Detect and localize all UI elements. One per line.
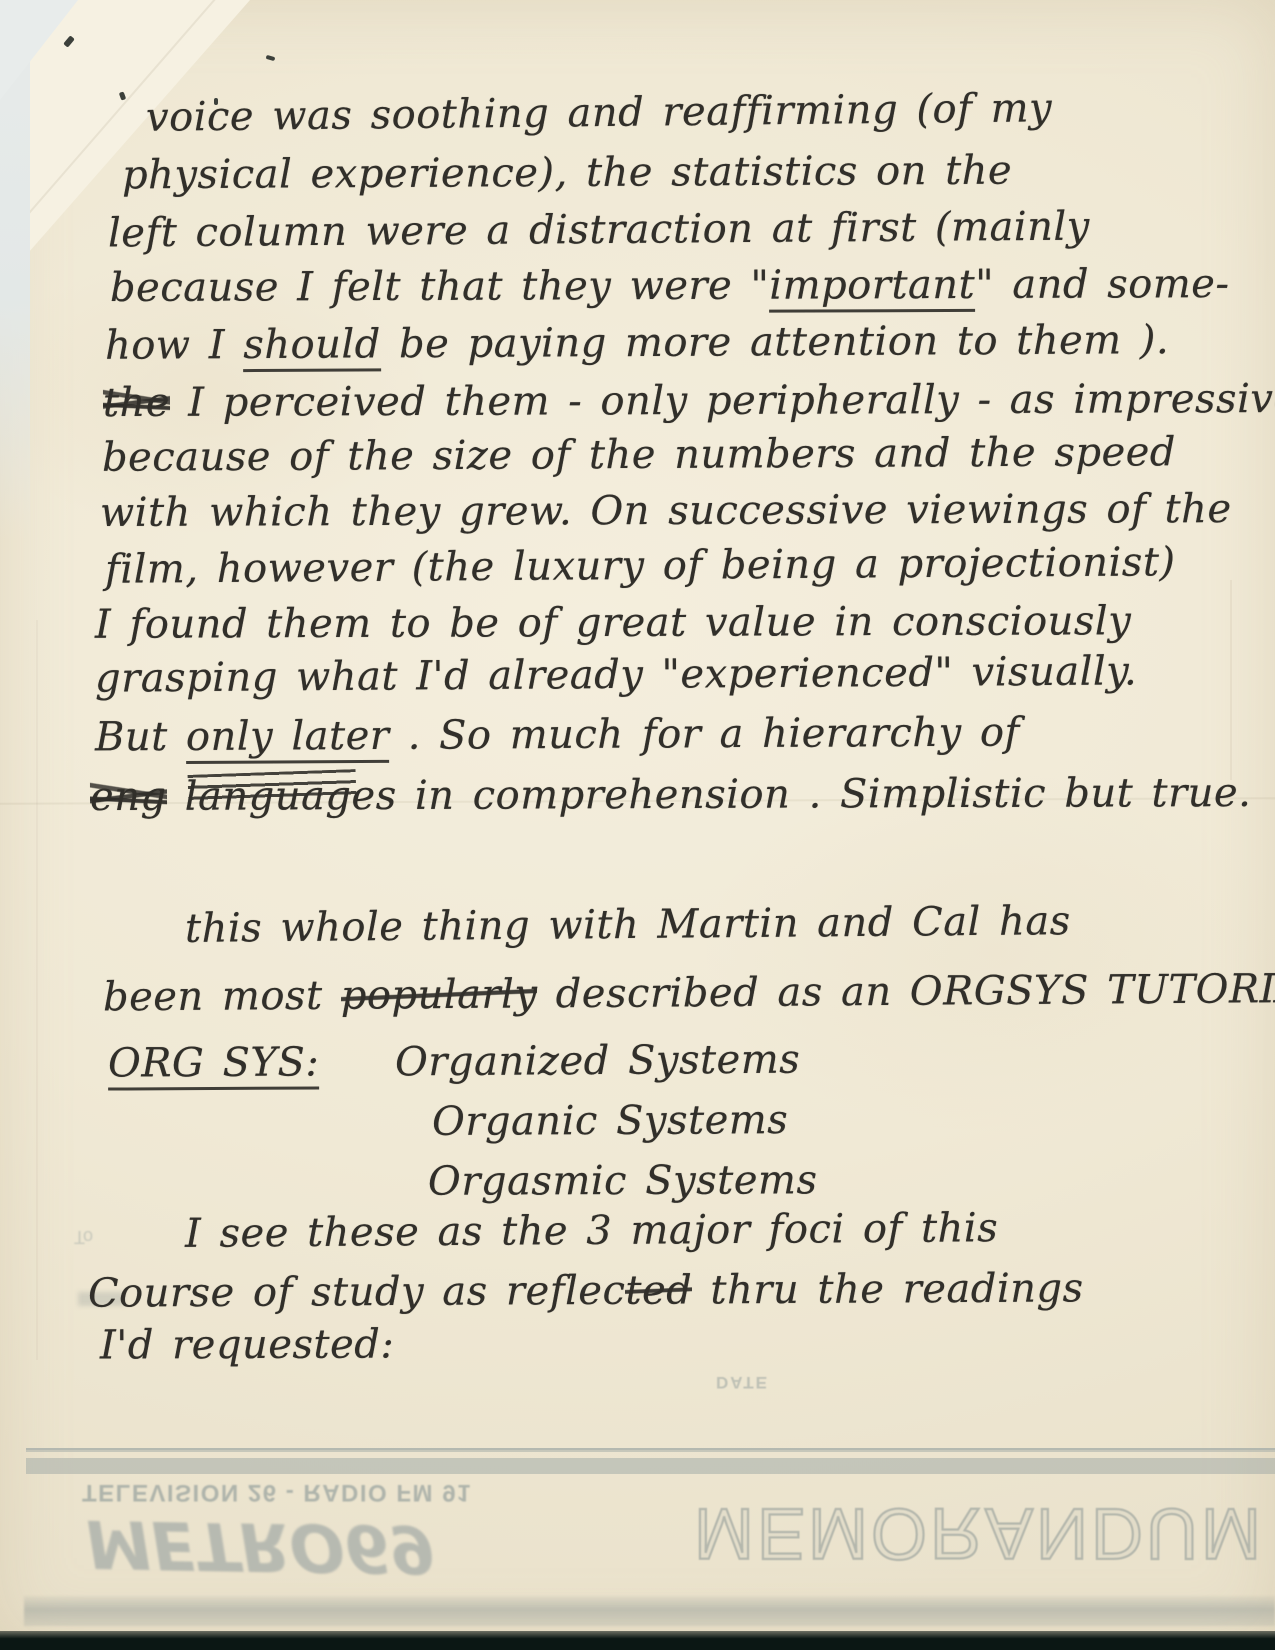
- handwritten-line: left column were a distraction at first …: [108, 204, 1090, 257]
- handwritten-line: because I felt that they were "important…: [110, 261, 1230, 311]
- handwritten-line: ORG SYS:: [108, 1039, 320, 1086]
- handwritten-line: the I perceived them - only peripherally…: [103, 376, 1275, 426]
- handwritten-line: physical experience), the statistics on …: [122, 148, 1012, 199]
- handwritten-u-word: ORG SYS:: [108, 1039, 320, 1090]
- handwritten-segment: grasping what I'd already "experienced" …: [95, 648, 1137, 701]
- handwritten-segment: I see these as the 3 major foci of this: [185, 1205, 998, 1257]
- handwritten-segment: this whole thing with Martin and Cal has: [185, 898, 1071, 952]
- handwritten-segment: I perceived them - only peripherally - a…: [170, 376, 1275, 426]
- handwritten-segment: because of the size of the numbers and t…: [102, 429, 1176, 481]
- handwritten-segment: film, however (the luxury of being a pro…: [105, 539, 1176, 592]
- handwritten-segment: how I: [105, 322, 244, 369]
- handwritten-segment: . So much for a hierarchy of: [389, 710, 1020, 759]
- handwritten-segment: left column were a distraction at first …: [108, 204, 1090, 257]
- handwritten-scribble-word: the: [103, 380, 170, 426]
- handwritten-segment: But: [95, 714, 186, 760]
- handwritten-segment: I found them to be of great value in con…: [95, 598, 1131, 648]
- handwritten-scribble-word: eng: [90, 774, 167, 820]
- handwritten-u-word: only later: [186, 713, 390, 764]
- handwritten-segment: I'd requested:: [100, 1321, 394, 1368]
- handwritten-segment: Organized Systems: [395, 1037, 801, 1086]
- handwritten-u-word: important: [769, 262, 975, 313]
- handwritten-segment: physical experience), the statistics on …: [122, 148, 1012, 199]
- handwritten-segment: Orgasmic Systems: [428, 1157, 818, 1204]
- handwritten-u-word: should: [243, 321, 381, 372]
- handwritten-line: grasping what I'd already "experienced" …: [95, 648, 1137, 701]
- handwritten-line: how I should be paying more attention to…: [105, 317, 1169, 369]
- scanned-memo-page: MEMORANDUM TELEVISION 26 - RADIO FM 91 M…: [0, 0, 1275, 1650]
- scanner-edge-bottom: [0, 1631, 1275, 1650]
- handwritten-line: voice was soothing and reaffirming (of m…: [146, 85, 1053, 140]
- handwritten-segment: with which they grew. On successive view…: [100, 486, 1232, 536]
- handwritten-line: I'd requested:: [100, 1321, 394, 1368]
- handwritten-segment: described as an ORGSYS TUTORIAL .: [537, 966, 1275, 1018]
- handwritten-line: with which they grew. On successive view…: [100, 486, 1232, 536]
- handwriting-text: voice was soothing and reaffirming (of m…: [0, 0, 1275, 1650]
- handwritten-line: film, however (the luxury of being a pro…: [105, 539, 1176, 592]
- handwritten-segment: " and some-: [975, 261, 1229, 308]
- handwritten-segment: voice was soothing and reaffirming (of m…: [146, 85, 1053, 140]
- handwritten-line: this whole thing with Martin and Cal has: [185, 898, 1071, 952]
- handwritten-line: been most popularly described as an ORGS…: [103, 966, 1275, 1021]
- handwritten-line: Orgasmic Systems: [428, 1157, 818, 1204]
- handwritten-segment: been most: [103, 973, 341, 1021]
- handwritten-strike-word: popularly: [341, 971, 538, 1018]
- handwritten-line: because of the size of the numbers and t…: [102, 429, 1176, 481]
- handwritten-segment: be paying more attention to them ).: [381, 317, 1170, 367]
- handwritten-line: Course of study as reflected thru the re…: [88, 1265, 1084, 1316]
- handwritten-line: I found them to be of great value in con…: [95, 598, 1131, 648]
- emphasis-underline-strokes: [188, 769, 357, 803]
- handwritten-segment: thru the readings: [692, 1265, 1084, 1313]
- handwritten-line: I see these as the 3 major foci of this: [185, 1205, 998, 1257]
- handwritten-line: Organized Systems: [395, 1037, 801, 1086]
- handwritten-line: Organic Systems: [432, 1097, 789, 1145]
- handwritten-segment: Organic Systems: [432, 1097, 789, 1145]
- handwritten-segment: because I felt that they were ": [110, 263, 770, 311]
- handwritten-strike-word: ted: [625, 1267, 692, 1313]
- handwritten-segment: Course of study as reflec: [88, 1268, 626, 1317]
- handwritten-line: But only later . So much for a hierarchy…: [95, 710, 1020, 761]
